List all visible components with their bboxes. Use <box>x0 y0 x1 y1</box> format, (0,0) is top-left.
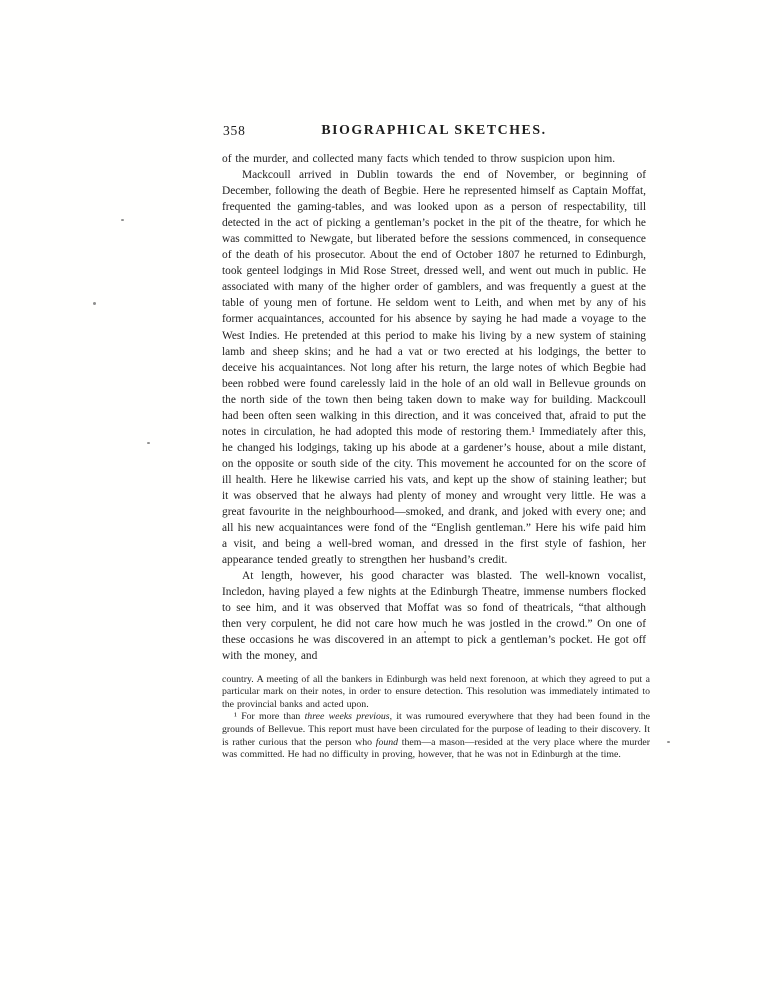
footnotes: country. A meeting of all the bankers in… <box>222 674 650 763</box>
scan-speck <box>121 219 124 221</box>
text-run: country. A meeting of all the bankers in… <box>222 674 650 710</box>
text-run: ¹ For more than <box>234 711 305 722</box>
text-run: of the murder, and collected many facts … <box>222 153 615 165</box>
page-header: 358 BIOGRAPHICAL SKETCHES. <box>222 122 646 140</box>
page-content: 358 BIOGRAPHICAL SKETCHES. of the murder… <box>222 122 646 762</box>
paragraph: of the murder, and collected many facts … <box>222 151 646 167</box>
italic-text: three weeks previous <box>305 711 390 722</box>
body-text: of the murder, and collected many facts … <box>222 151 646 665</box>
paragraph: country. A meeting of all the bankers in… <box>222 674 650 712</box>
scan-speck <box>424 631 426 633</box>
book-page: 358 BIOGRAPHICAL SKETCHES. of the murder… <box>0 0 782 1000</box>
italic-text: found <box>376 737 398 748</box>
running-title: BIOGRAPHICAL SKETCHES. <box>222 122 646 138</box>
paragraph: ¹ For more than three weeks previous, it… <box>222 711 650 762</box>
page-number: 358 <box>223 123 246 139</box>
text-run: At length, however, his good character w… <box>222 570 646 662</box>
scan-speck <box>147 442 150 444</box>
scan-speck <box>93 302 96 305</box>
text-run: Mackcoull arrived in Dublin towards the … <box>222 169 646 566</box>
paragraph: Mackcoull arrived in Dublin towards the … <box>222 167 646 568</box>
scan-speck <box>667 741 670 743</box>
paragraph: At length, however, his good character w… <box>222 568 646 664</box>
